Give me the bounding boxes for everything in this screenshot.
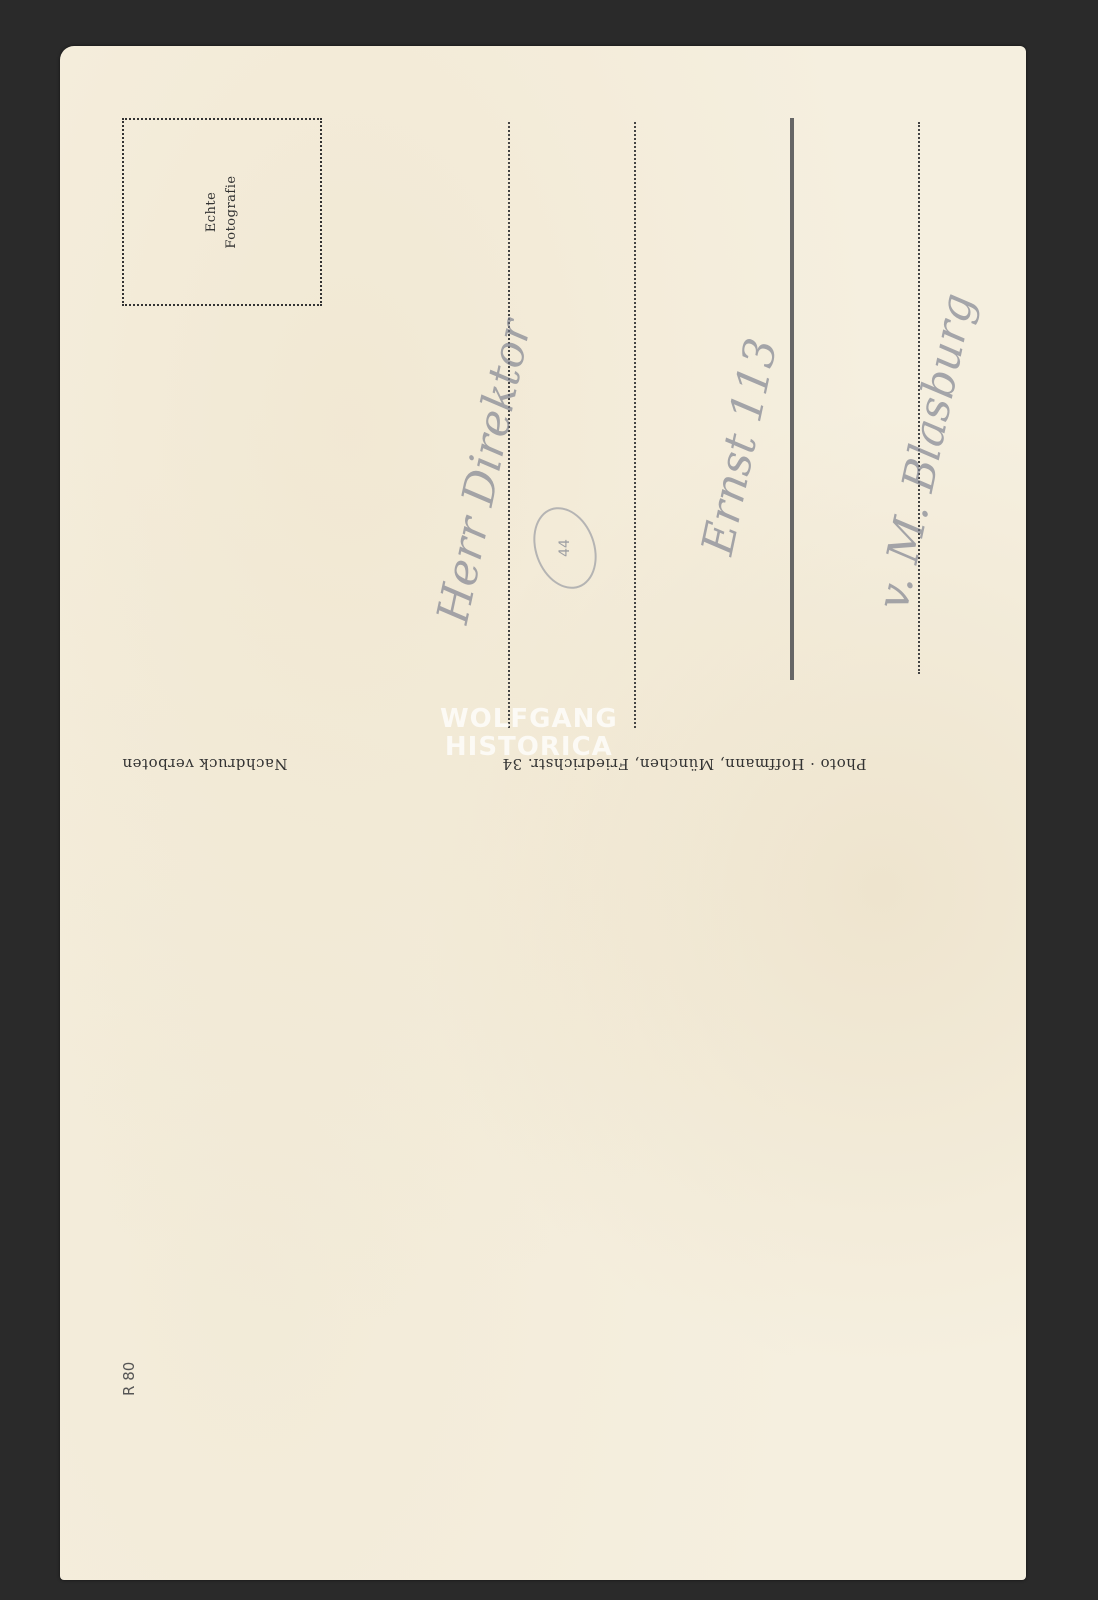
circle-mark: 44 [522,498,607,597]
handwriting-line-4: v. M. Blasburg [867,289,984,614]
address-line-3 [790,118,794,680]
address-line-2 [634,122,636,728]
circle-mark-number: 44 [557,539,573,557]
watermark-line1: WOLFGANG [440,705,618,733]
stamp-label-line1: Echte [202,175,222,248]
stamp-box: Echte Fotografie [122,118,322,306]
handwriting-line-3: Ernst 113 [692,334,788,560]
watermark: WOLFGANG HISTORICA [440,705,618,761]
postcard-back: Echte Fotografie Herr Direktor 44 Ernst … [60,46,1026,1580]
handwriting-line-1: Herr Direktor [427,315,541,628]
stamp-label-line2: Fotografie [222,175,242,248]
copyright-text: Nachdruck verboten [122,755,288,773]
series-code: R 80 [120,1362,138,1396]
watermark-line2: HISTORICA [440,733,618,761]
stamp-box-label: Echte Fotografie [202,175,242,248]
